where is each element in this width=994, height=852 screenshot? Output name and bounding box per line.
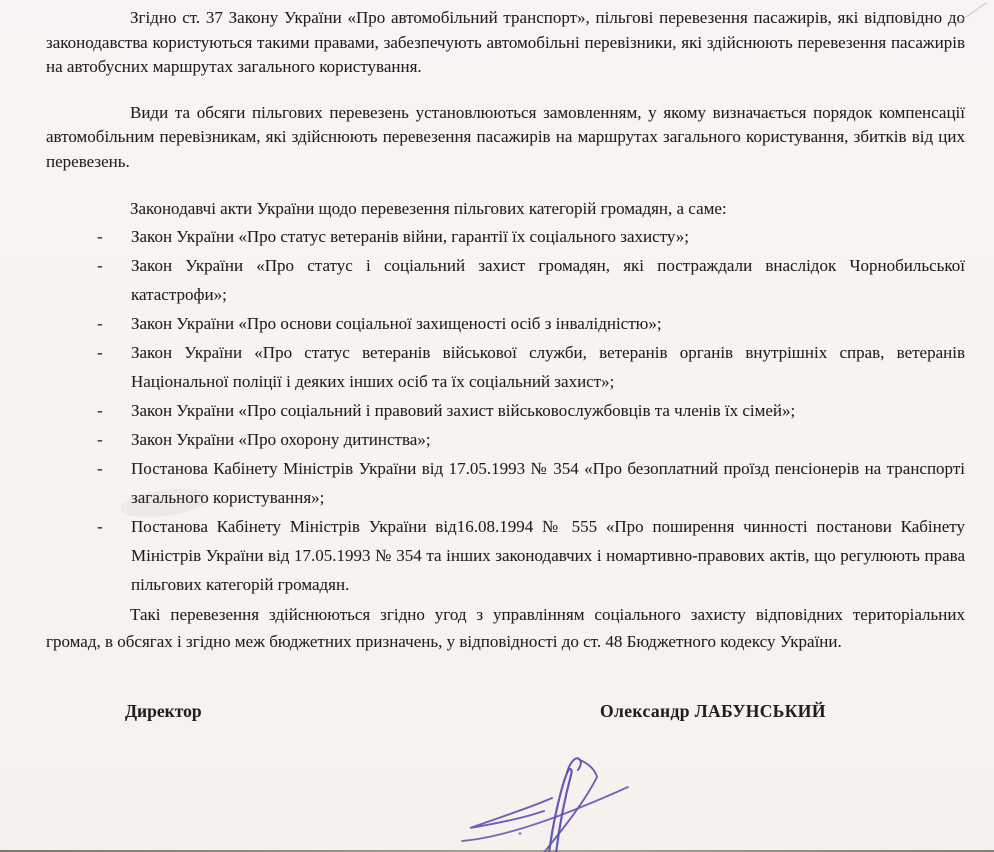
list-dash-marker: -: [97, 338, 103, 367]
list-item-text: Закон України «Про соціальний і правовий…: [131, 401, 795, 420]
list-dash-marker: -: [97, 222, 103, 251]
list-item-text: Закон України «Про охорону дитинства»;: [131, 430, 431, 449]
paragraph-volumes: Види та обсяги пільгових перевезень уста…: [46, 101, 965, 175]
scanned-document-page: Згідно ст. 37 Закону України «Про автомо…: [0, 0, 994, 852]
legal-acts-list: - Закон України «Про статус ветеранів ві…: [46, 222, 965, 599]
list-item: - Закон України «Про соціальний і правов…: [46, 396, 965, 425]
list-dash-marker: -: [97, 251, 103, 280]
list-item-text: Закон України «Про статус і соціальний з…: [131, 256, 965, 304]
list-item: - Закон України «Про статус ветеранів ві…: [46, 338, 965, 396]
list-item-text: Закон України «Про статус ветеранів війн…: [131, 227, 689, 246]
list-item-text: Закон України «Про основи соціальної зах…: [131, 314, 662, 333]
list-dash-marker: -: [97, 396, 103, 425]
closing-paragraph: Такі перевезення здійснюються згідно уго…: [46, 601, 965, 655]
list-dash-marker: -: [97, 512, 103, 541]
list-item: - Закон України «Про статус і соціальний…: [46, 251, 965, 309]
list-item-text: Постанова Кабінету Міністрів України від…: [131, 517, 965, 594]
signature-block: Директор Олександр ЛАБУНСЬКИЙ: [46, 701, 965, 733]
list-item: - Закон України «Про статус ветеранів ві…: [46, 222, 965, 251]
list-item: - Закон України «Про охорону дитинства»;: [46, 425, 965, 454]
list-item-text: Постанова Кабінету Міністрів України від…: [131, 459, 965, 507]
paragraph-list-intro: Законодавчі акти України щодо перевезенн…: [46, 197, 965, 222]
paragraph-law-37: Згідно ст. 37 Закону України «Про автомо…: [46, 6, 965, 80]
list-item: - Закон України «Про основи соціальної з…: [46, 309, 965, 338]
handwritten-signature-ink: [440, 750, 660, 852]
signatory-name: Олександр ЛАБУНСЬКИЙ: [600, 701, 826, 722]
list-item: - Постанова Кабінету Міністрів України в…: [46, 512, 965, 599]
signatory-role: Директор: [125, 701, 202, 722]
list-dash-marker: -: [97, 425, 103, 454]
list-dash-marker: -: [97, 309, 103, 338]
list-dash-marker: -: [97, 454, 103, 483]
list-item-text: Закон України «Про статус ветеранів війс…: [131, 343, 965, 391]
